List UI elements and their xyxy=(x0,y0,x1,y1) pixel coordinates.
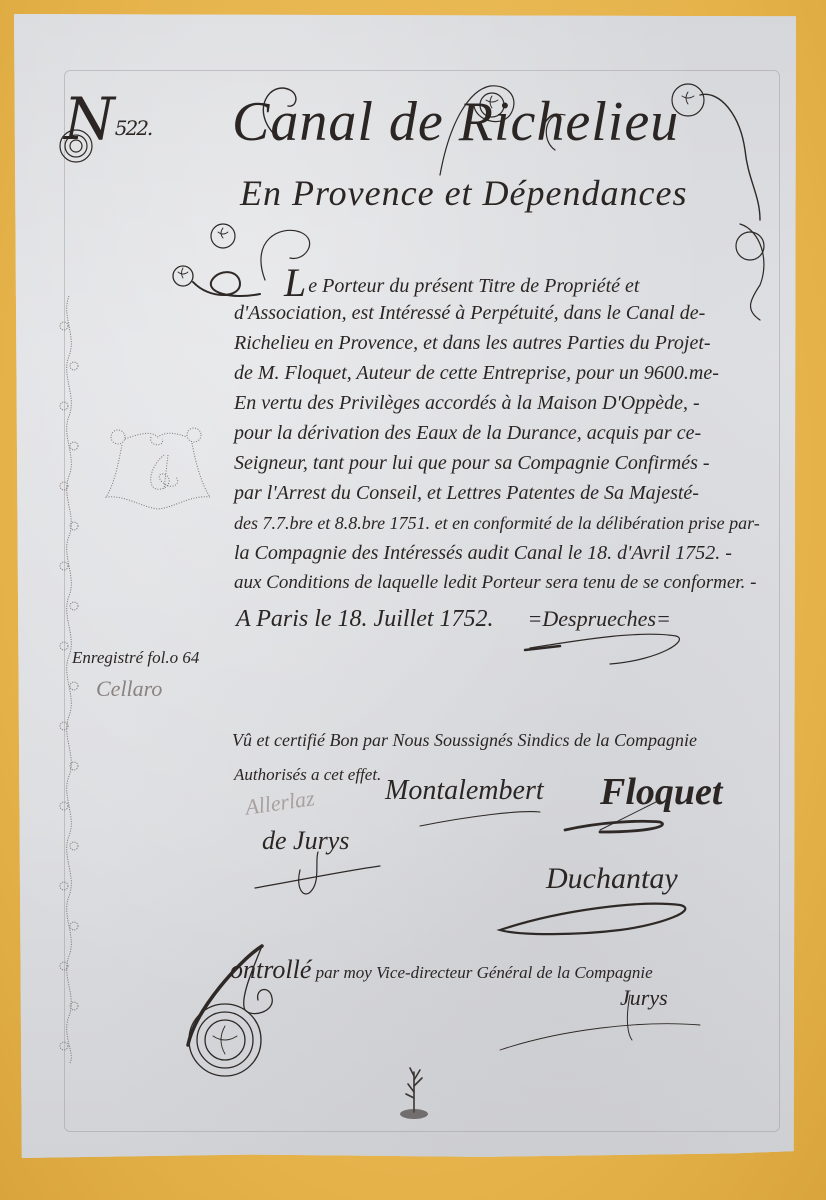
registration-note: Enregistré fol.o 64 xyxy=(72,648,199,668)
body-line: Richelieu en Provence, et dans les autre… xyxy=(234,328,774,358)
body-line: de M. Floquet, Auteur de cette Entrepris… xyxy=(234,358,774,388)
signature-vice-director: Jurys xyxy=(620,985,668,1011)
body-line: Le Porteur du présent Titre de Propriété… xyxy=(234,268,774,298)
watermark-monogram-shield xyxy=(96,415,220,515)
certification-authorised: Authorisés a cet effet. xyxy=(234,765,381,785)
body-line: d'Association, est Intéressé à Perpétuit… xyxy=(234,298,774,328)
control-word: ontrollé xyxy=(230,955,311,984)
signature-floquet: Floquet xyxy=(600,770,722,814)
signature-de-jurys: de Jurys xyxy=(262,826,349,856)
date-text: A Paris le 18. Juillet 1752. xyxy=(236,606,494,632)
control-statement: ontrollé par moy Vice-directeur Général … xyxy=(230,955,653,985)
certificate-number: N522. xyxy=(64,85,151,153)
vine-border-ornament xyxy=(58,296,80,1064)
control-rest: par moy Vice-directeur Général de la Com… xyxy=(311,963,652,982)
number-label: N xyxy=(64,85,113,153)
body-line: la Compagnie des Intéressés audit Canal … xyxy=(234,538,774,568)
document-title: Canal de Richelieu xyxy=(232,90,679,154)
certification-statement: Vû et certifié Bon par Nous Soussignés S… xyxy=(232,730,697,751)
body-line: par l'Arrest du Conseil, et Lettres Pate… xyxy=(234,478,774,508)
signature-duchantay: Duchantay xyxy=(546,862,678,896)
certificate-body: Le Porteur du présent Titre de Propriété… xyxy=(234,268,774,598)
tree-vignette xyxy=(390,1062,438,1122)
body-line: En vertu des Privilèges accordés à la Ma… xyxy=(234,388,774,418)
number-value: 522. xyxy=(115,116,152,140)
body-line: aux Conditions de laquelle ledit Porteur… xyxy=(234,568,774,598)
document-subtitle: En Provence et Dépendances xyxy=(240,172,687,214)
body-line: Seigneur, tant pour lui que pour sa Comp… xyxy=(234,448,774,478)
signature-desprueches: =Desprueches= xyxy=(528,606,671,631)
place-and-date: A Paris le 18. Juillet 1752. =Desprueche… xyxy=(236,606,671,633)
registration-signature: Cellaro xyxy=(96,676,162,702)
body-line: des 7.7.bre et 8.8.bre 1751. et en confo… xyxy=(234,508,774,538)
body-line: pour la dérivation des Eaux de la Duranc… xyxy=(234,418,774,448)
signature-montalembert: Montalembert xyxy=(385,775,544,807)
